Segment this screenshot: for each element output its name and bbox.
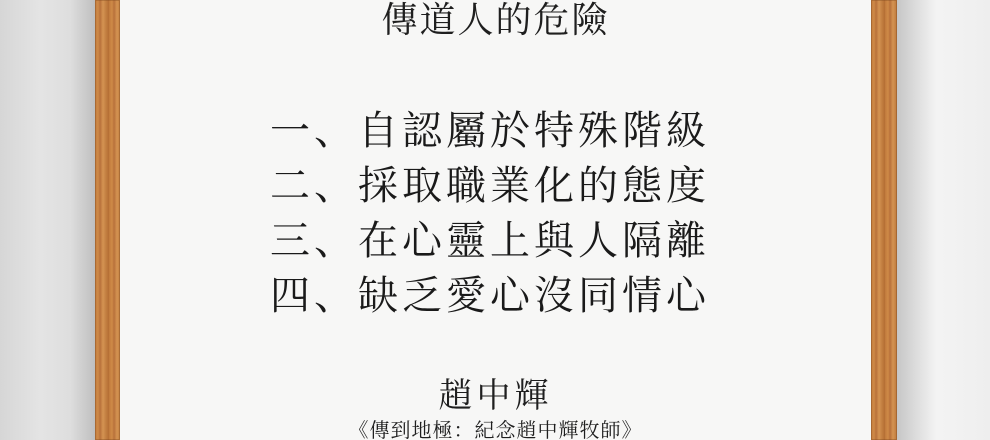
wood-frame-right — [871, 0, 897, 440]
list-item: 二、採取職業化的態度 — [270, 159, 710, 214]
list-item: 三、在心靈上與人隔離 — [270, 214, 710, 269]
author-name: 趙中輝 — [120, 368, 871, 417]
wall-shadow-right — [897, 0, 937, 440]
wood-frame-left — [95, 0, 120, 440]
list-item: 一、自認屬於特殊階級 — [270, 104, 710, 159]
source-citation: 《傳到地極：紀念趙中輝牧師》 — [120, 414, 871, 440]
poster-paper: 傳道人的危險 一、自認屬於特殊階級 二、採取職業化的態度 三、在心靈上與人隔離 … — [120, 0, 871, 440]
wall-shadow-left — [70, 0, 95, 440]
poster-title: 傳道人的危險 — [120, 0, 871, 43]
danger-list: 一、自認屬於特殊階級 二、採取職業化的態度 三、在心靈上與人隔離 四、缺乏愛心沒… — [270, 104, 710, 324]
list-item: 四、缺乏愛心沒同情心 — [270, 269, 710, 324]
